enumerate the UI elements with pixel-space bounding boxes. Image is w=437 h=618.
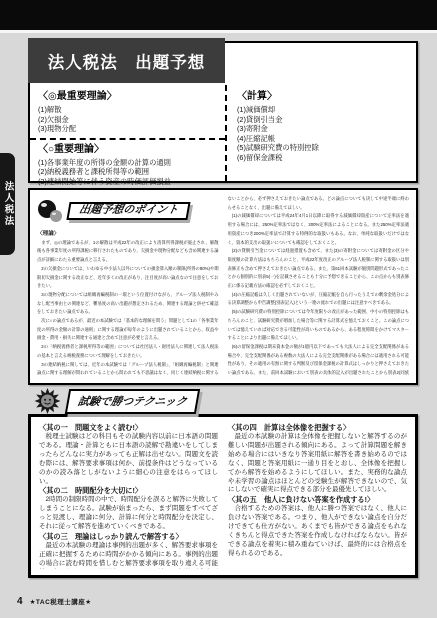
calculation-list: (1)減価償却(2)貸倒引当金(3)寄附金(4)圧縮記帳(5)試験研究費の特別控…	[237, 105, 408, 163]
points-left-text: 〈理論〉まず、◎の理論であるが、1の解散は平成22年の改正により清算所得課税が廃…	[37, 230, 219, 378]
technique-box: 〈其の一 問題文をよく読む!〉税理士試験はどの科目もその試験内容以前に日本語の問…	[28, 414, 418, 578]
list-item: (5)試験研究費の特別控除	[237, 143, 408, 153]
list-item: (2)貸倒引当金	[237, 115, 408, 125]
paragraph: (2)の貸倒引当金については経過措置も含めて、また(3)の寄附金については寄附金…	[228, 247, 410, 291]
list-item: (3)現物分配	[38, 124, 217, 134]
paragraph: 次に○の論点であるが、最近の本試験では「基本的な理解を問う」問題として1の「各事…	[37, 317, 219, 343]
calculation-column: 〈計算〉 (1)減価償却(2)貸倒引当金(3)寄附金(4)圧縮記帳(5)試験研究…	[225, 85, 416, 181]
list-item: (2)欠損金	[38, 115, 217, 125]
paragraph: 〈其の二 時間配分を大切に!〉	[39, 486, 218, 496]
prediction-points-box: 出題予想のポイント 〈理論〉まず、◎の理論であるが、1の解散は平成22年の改正に…	[28, 188, 418, 385]
points-left-column: 出題予想のポイント 〈理論〉まず、◎の理論であるが、1の解散は平成22年の改正に…	[37, 195, 219, 378]
page-number: 4	[17, 596, 23, 607]
list-item: (3)連結開始等に伴う資産の時価評価損益	[38, 177, 217, 187]
list-item: (1)減価償却	[237, 105, 408, 115]
paragraph: 2時間の制限時間の中で、時間配分を誤ると解答に失敗してしまうことになる。試験が始…	[39, 496, 218, 532]
top-band	[0, 0, 437, 33]
sun-face-icon	[33, 387, 62, 415]
paragraph: まず、◎の理論であるが、1の解散は平成22年の改正により清算所得課税が廃止され、…	[37, 239, 219, 265]
paragraph: 〈其の三 理論はしっかり読んで解答する〉	[39, 532, 218, 542]
list-item: (2)納税義務者と課税所得等の範囲	[38, 167, 217, 177]
page-title: 法人税法 出題予想	[28, 38, 225, 83]
page-footer: 4 ★TAC税理士講座★	[17, 596, 92, 607]
paragraph: 〈理論〉	[37, 230, 219, 239]
paragraph: (1)の減価償却については平成24年4月1日以降に取得する減価償却資産について定…	[228, 212, 410, 247]
dashed-divider	[30, 138, 225, 140]
paragraph: 最近の本試験の計算は全体像を把握しないと解答するのが難しい問題が出題される傾向に…	[228, 433, 407, 495]
paragraph: (4)の圧縮記帳は久しく出題されていないが、圧縮記帳を自ら行ったうえでの剰余金処…	[228, 291, 410, 308]
points-badge: 出題予想のポイント	[37, 196, 219, 226]
paragraph: 最近の本試験の理論は事例的出題が多く、解答要求事項を正確に把握するために時間がか…	[39, 542, 218, 569]
calculation-heading: 〈計算〉	[237, 90, 408, 103]
technique-left-column: 〈其の一 問題文をよく読む!〉税理士試験はどの科目もその試験内容以前に日本語の問…	[39, 423, 218, 569]
page-title-text: 法人税法 出題予想	[48, 49, 206, 73]
paragraph: 〈其の一 問題文をよく読む!〉	[39, 423, 218, 433]
balls-icon	[37, 199, 63, 223]
paragraph: (6)の留保金課税は期末資本金の額が1億円以下であっても大法人による完全支配関係…	[228, 343, 410, 378]
paragraph: 合格するための答案は、他人に勝つ答案ではなく、他人に負けない答案である。つまり、…	[228, 505, 407, 558]
list-item: (4)圧縮記帳	[237, 134, 408, 144]
technique-badge: 試験で勝つテクニック	[33, 386, 198, 416]
points-right-column: ないことから、必ず押さえておきたい論点である。どの論点についても決して中途半端に…	[228, 195, 410, 378]
list-item: (1)解散	[38, 105, 217, 115]
paragraph: 〈其の四 計算は全体像を把握する〉	[228, 423, 407, 433]
points-right-text: ないことから、必ず押さえておきたい論点である。どの論点についても決して中途半端に…	[228, 195, 410, 378]
paragraph: 2の欠損金については、いわゆる中小法人以外についての損金算入額の制限(所得の80…	[37, 265, 219, 291]
important-theory-heading: 〈○重要理論〉	[38, 143, 217, 156]
paragraph: 3の連結納税に関しては、近年の本試験では「グループ法人税制」、「組織再編税制」と…	[37, 361, 219, 378]
paragraph: 〈其の五 他人に負けない答案を作成する!〉	[228, 495, 407, 505]
technique-right-column: 〈其の四 計算は全体像を把握する〉最近の本試験の計算は全体像を把握しないと解答す…	[228, 423, 407, 569]
most-important-theory-list: (1)解散(2)欠損金(3)現物分配	[38, 105, 217, 134]
technique-columns: 〈其の一 問題文をよく読む!〉税理士試験はどの科目もその試験内容以前に日本語の問…	[31, 417, 415, 575]
paragraph: ないことから、必ず押さえておきたい論点である。どの論点についても決して中途半端に…	[228, 195, 410, 212]
technique-badge-label: 試験で勝つテクニック	[65, 389, 200, 414]
points-columns: 出題予想のポイント 〈理論〉まず、◎の理論であるが、1の解散は平成22年の改正に…	[30, 190, 416, 383]
important-theory-list: (1)各事業年度の所得の金額の計算の通則(2)納税義務者と課税所得等の範囲(3)…	[38, 158, 217, 187]
paragraph: 3の現物分配については組織再編税制の一環という位置付けながら、グループ法人税制や…	[37, 291, 219, 317]
list-item: (6)留保金課税	[237, 153, 408, 163]
paragraph: 税理士試験はどの科目もその試験内容以前に日本語の問題である。理論・計算ともに日本…	[39, 433, 218, 486]
side-tab-label: 法人税法	[1, 181, 15, 227]
points-badge-label: 出題予想のポイント	[66, 202, 190, 220]
paragraph: 2の「納税義務者と課税所得等の範囲」については社団法人・財団法人に関連して法人税…	[37, 343, 219, 360]
most-important-theory-heading: 〈◎最重要理論〉	[38, 90, 217, 103]
list-item: (3)寄附金	[237, 124, 408, 134]
paragraph: (5)の試験研究費の特別控除については今年度限りの改正があった範囲、中小の特別控…	[228, 308, 410, 343]
list-item: (1)各事業年度の所得の金額の計算の通則	[38, 158, 217, 168]
brand-text: ★TAC税理士講座★	[30, 597, 92, 606]
side-tab-corporate-tax: 法人税法	[0, 153, 15, 255]
theory-column: 〈◎最重要理論〉 (1)解散(2)欠損金(3)現物分配 〈○重要理論〉 (1)各…	[30, 85, 225, 181]
scanned-document-page: 法人税法 法人税法 出題予想 〈◎最重要理論〉 (1)解散(2)欠損金(3)現物…	[0, 0, 437, 618]
